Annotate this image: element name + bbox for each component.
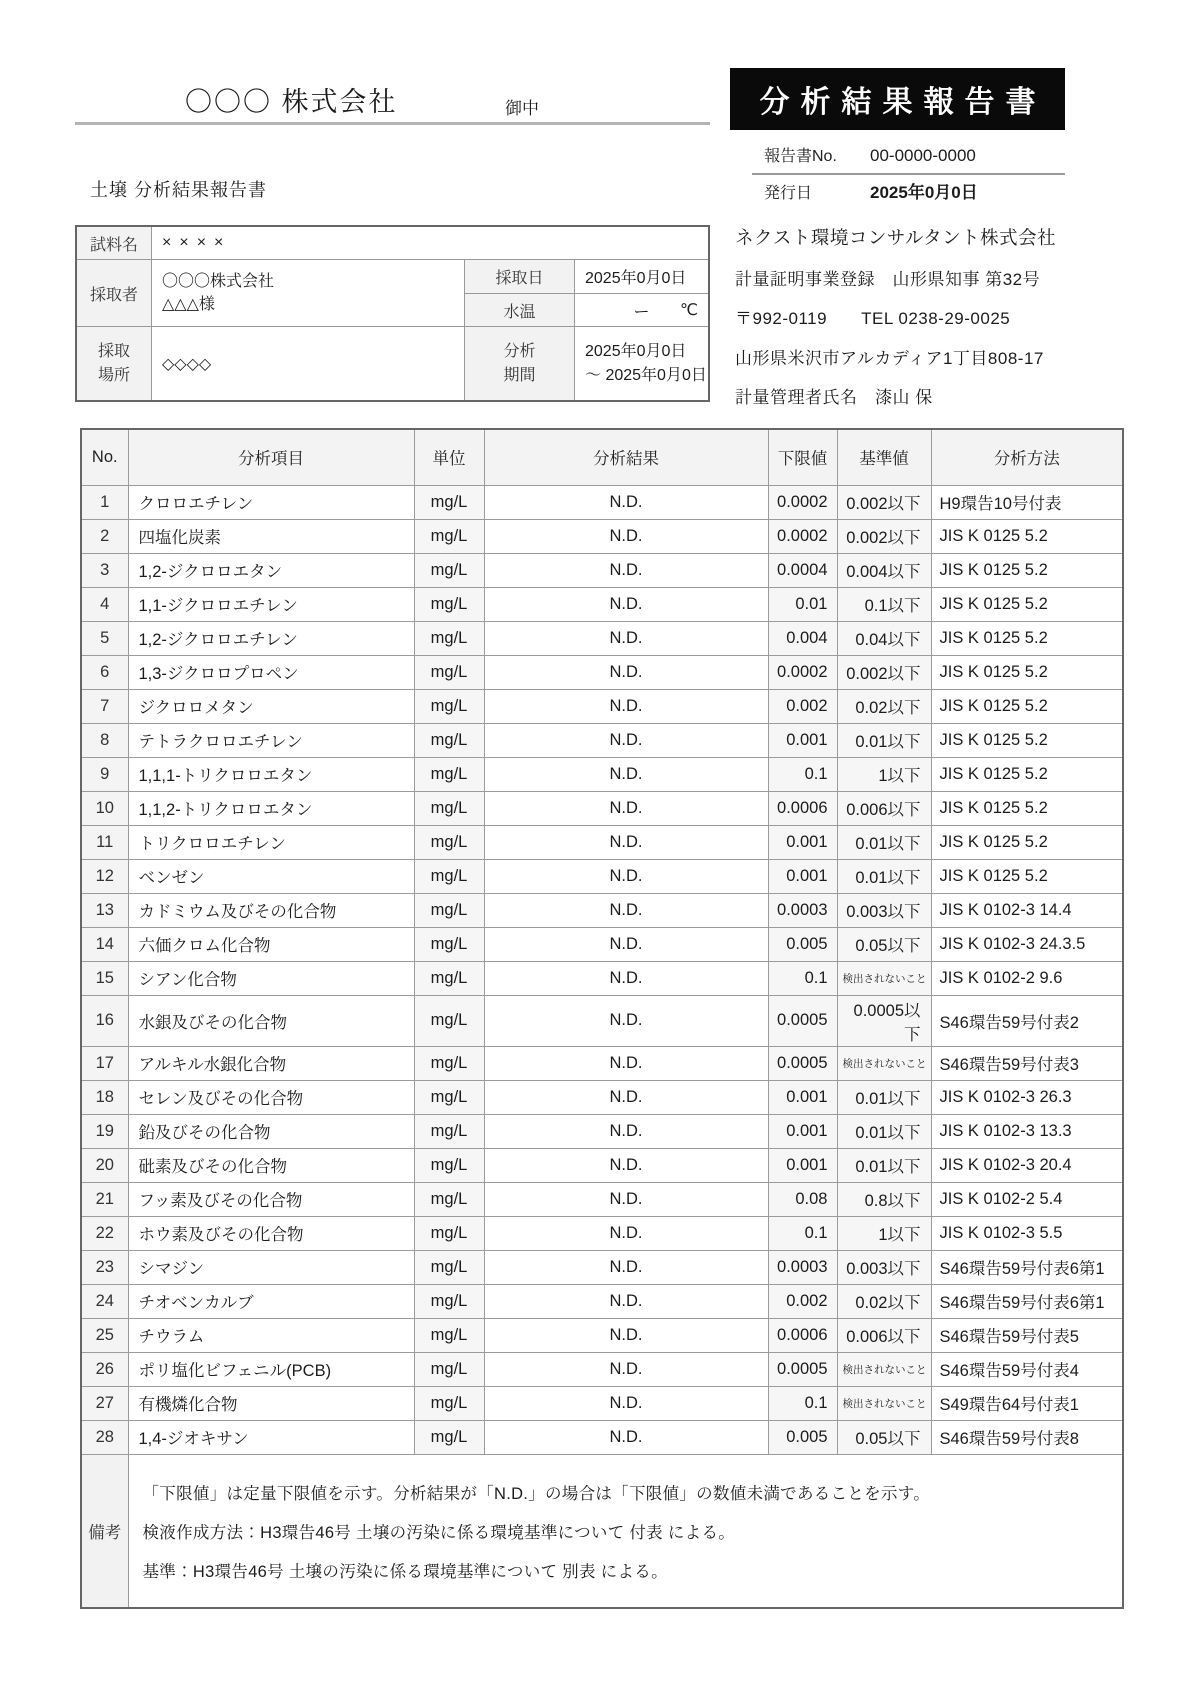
- cell-method: JIS K 0102-3 20.4: [931, 1148, 1123, 1182]
- analysis-row: 8テトラクロロエチレンmg/LN.D.0.0010.01以下JIS K 0125…: [81, 723, 1123, 757]
- cell-unit: mg/L: [414, 1318, 484, 1352]
- recipient-honorific: 御中: [505, 94, 539, 119]
- cell-result: N.D.: [484, 1114, 768, 1148]
- cell-method: S46環告59号付表8: [931, 1420, 1123, 1454]
- cell-result: N.D.: [484, 1148, 768, 1182]
- cell-lower-limit: 0.004: [768, 621, 837, 655]
- cell-standard: 1以下: [837, 757, 931, 791]
- cell-no: 4: [81, 587, 128, 621]
- document-title: 土壌 分析結果報告書: [90, 176, 267, 202]
- cell-standard: 0.05以下: [837, 927, 931, 961]
- lab-info-block: ネクスト環境コンサルタント株式会社 計量証明事業登録 山形県知事 第32号 〒9…: [735, 224, 1185, 423]
- cell-standard: 0.02以下: [837, 689, 931, 723]
- report-page: 〇〇〇 株式会社 御中 分析結果報告書 報告書No. 00-0000-0000 …: [0, 0, 1200, 1700]
- issue-date-label: 発行日: [752, 180, 870, 203]
- site-value: ◇◇◇◇: [152, 327, 465, 400]
- cell-unit: mg/L: [414, 825, 484, 859]
- cell-unit: mg/L: [414, 859, 484, 893]
- lab-name: ネクスト環境コンサルタント株式会社: [735, 224, 1185, 250]
- cell-item: 1,4-ジオキサン: [128, 1420, 414, 1454]
- remarks-body: 「下限値」は定量下限値を示す。分析結果が「N.D.」の場合は「下限値」の数値未満…: [128, 1454, 1123, 1608]
- cell-standard: 0.02以下: [837, 1284, 931, 1318]
- cell-standard: 検出されないこと: [837, 1046, 931, 1080]
- cell-standard: 検出されないこと: [837, 1386, 931, 1420]
- analysis-row: 1クロロエチレンmg/LN.D.0.00020.002以下H9環告10号付表: [81, 485, 1123, 519]
- analysis-header-row: No. 分析項目 単位 分析結果 下限値 基準値 分析方法: [81, 429, 1123, 485]
- report-no-row: 報告書No. 00-0000-0000: [752, 143, 1065, 175]
- collect-date-value: 2025年0月0日: [575, 260, 708, 294]
- water-temp-unit: ℃: [680, 300, 698, 320]
- cell-standard: 0.01以下: [837, 1114, 931, 1148]
- cell-method: JIS K 0102-3 26.3: [931, 1080, 1123, 1114]
- cell-method: H9環告10号付表: [931, 485, 1123, 519]
- cell-unit: mg/L: [414, 553, 484, 587]
- cell-standard: 0.01以下: [837, 723, 931, 757]
- analysis-row: 2四塩化炭素mg/LN.D.0.00020.002以下JIS K 0125 5.…: [81, 519, 1123, 553]
- cell-item: ポリ塩化ビフェニル(PCB): [128, 1352, 414, 1386]
- cell-standard: 0.002以下: [837, 485, 931, 519]
- issue-date-row: 発行日 2025年0月0日: [752, 178, 1065, 203]
- cell-no: 9: [81, 757, 128, 791]
- cell-unit: mg/L: [414, 519, 484, 553]
- cell-unit: mg/L: [414, 723, 484, 757]
- lab-manager: 計量管理者氏名 漆山 保: [735, 383, 1185, 408]
- cell-standard: 0.05以下: [837, 1420, 931, 1454]
- cell-no: 14: [81, 927, 128, 961]
- cell-no: 7: [81, 689, 128, 723]
- cell-lower-limit: 0.005: [768, 1420, 837, 1454]
- cell-standard: 0.0005以下: [837, 995, 931, 1046]
- analysis-row: 24チオベンカルブmg/LN.D.0.0020.02以下S46環告59号付表6第…: [81, 1284, 1123, 1318]
- cell-method: JIS K 0125 5.2: [931, 621, 1123, 655]
- cell-result: N.D.: [484, 1046, 768, 1080]
- analysis-row: 14六価クロム化合物mg/LN.D.0.0050.05以下JIS K 0102-…: [81, 927, 1123, 961]
- cell-no: 28: [81, 1420, 128, 1454]
- cell-standard: 0.002以下: [837, 519, 931, 553]
- analysis-row: 51,2-ジクロロエチレンmg/LN.D.0.0040.04以下JIS K 01…: [81, 621, 1123, 655]
- cell-standard: 0.003以下: [837, 893, 931, 927]
- cell-no: 21: [81, 1182, 128, 1216]
- cell-no: 22: [81, 1216, 128, 1250]
- analysis-row: 61,3-ジクロロプロペンmg/LN.D.0.00020.002以下JIS K …: [81, 655, 1123, 689]
- cell-no: 15: [81, 961, 128, 995]
- cell-no: 6: [81, 655, 128, 689]
- cell-unit: mg/L: [414, 1420, 484, 1454]
- cell-item: ジクロロメタン: [128, 689, 414, 723]
- cell-method: JIS K 0125 5.2: [931, 723, 1123, 757]
- lab-registration: 計量証明事業登録 山形県知事 第32号: [735, 265, 1185, 290]
- cell-method: JIS K 0125 5.2: [931, 859, 1123, 893]
- cell-standard: 0.006以下: [837, 1318, 931, 1352]
- cell-result: N.D.: [484, 1420, 768, 1454]
- analysis-row: 41,1-ジクロロエチレンmg/LN.D.0.010.1以下JIS K 0125…: [81, 587, 1123, 621]
- water-temp-label: 水温: [465, 294, 575, 327]
- cell-unit: mg/L: [414, 1148, 484, 1182]
- cell-item: 四塩化炭素: [128, 519, 414, 553]
- cell-item: シマジン: [128, 1250, 414, 1284]
- cell-method: JIS K 0102-3 24.3.5: [931, 927, 1123, 961]
- cell-unit: mg/L: [414, 621, 484, 655]
- cell-lower-limit: 0.0006: [768, 1318, 837, 1352]
- cell-lower-limit: 0.1: [768, 1216, 837, 1250]
- cell-method: S46環告59号付表6第1: [931, 1284, 1123, 1318]
- cell-no: 3: [81, 553, 128, 587]
- cell-result: N.D.: [484, 519, 768, 553]
- cell-item: 1,1,2-トリクロロエタン: [128, 791, 414, 825]
- analysis-table-body: 1クロロエチレンmg/LN.D.0.00020.002以下H9環告10号付表2四…: [81, 485, 1123, 1454]
- cell-lower-limit: 0.0002: [768, 519, 837, 553]
- cell-lower-limit: 0.002: [768, 689, 837, 723]
- cell-unit: mg/L: [414, 1216, 484, 1250]
- analysis-row: 16水銀及びその化合物mg/LN.D.0.00050.0005以下S46環告59…: [81, 995, 1123, 1046]
- cell-result: N.D.: [484, 655, 768, 689]
- cell-standard: 0.01以下: [837, 1080, 931, 1114]
- remarks-label: 備考: [81, 1454, 128, 1608]
- cell-method: JIS K 0125 5.2: [931, 757, 1123, 791]
- cell-standard: 0.1以下: [837, 587, 931, 621]
- analysis-row: 11トリクロロエチレンmg/LN.D.0.0010.01以下JIS K 0125…: [81, 825, 1123, 859]
- analysis-row: 21フッ素及びその化合物mg/LN.D.0.080.8以下JIS K 0102-…: [81, 1182, 1123, 1216]
- cell-lower-limit: 0.1: [768, 961, 837, 995]
- cell-method: S49環告64号付表1: [931, 1386, 1123, 1420]
- water-temp-value-cell: ー ℃: [575, 294, 708, 327]
- cell-no: 10: [81, 791, 128, 825]
- cell-lower-limit: 0.1: [768, 757, 837, 791]
- cell-lower-limit: 0.0005: [768, 1352, 837, 1386]
- cell-unit: mg/L: [414, 485, 484, 519]
- analysis-row: 101,1,2-トリクロロエタンmg/LN.D.0.00060.006以下JIS…: [81, 791, 1123, 825]
- cell-result: N.D.: [484, 1216, 768, 1250]
- cell-result: N.D.: [484, 621, 768, 655]
- cell-unit: mg/L: [414, 689, 484, 723]
- cell-standard: 0.003以下: [837, 1250, 931, 1284]
- cell-item: テトラクロロエチレン: [128, 723, 414, 757]
- cell-result: N.D.: [484, 1182, 768, 1216]
- lab-postal-code: 〒992-0119: [735, 309, 827, 328]
- header-method: 分析方法: [931, 429, 1123, 485]
- cell-method: JIS K 0102-2 5.4: [931, 1182, 1123, 1216]
- cell-unit: mg/L: [414, 1284, 484, 1318]
- cell-unit: mg/L: [414, 927, 484, 961]
- sample-name-label: 試料名: [77, 227, 152, 260]
- cell-standard: 0.04以下: [837, 621, 931, 655]
- remark-line: 基準：H3環告46号 土壌の汚染に係る環境基準について 別表 による。: [143, 1558, 1113, 1582]
- cell-standard: 0.8以下: [837, 1182, 931, 1216]
- header-standard: 基準値: [837, 429, 931, 485]
- cell-standard: 0.01以下: [837, 1148, 931, 1182]
- cell-result: N.D.: [484, 723, 768, 757]
- cell-item: 鉛及びその化合物: [128, 1114, 414, 1148]
- cell-item: ホウ素及びその化合物: [128, 1216, 414, 1250]
- cell-method: JIS K 0125 5.2: [931, 519, 1123, 553]
- cell-result: N.D.: [484, 1284, 768, 1318]
- analysis-period-value: 2025年0月0日 ～ 2025年0月0日: [575, 327, 708, 400]
- cell-no: 8: [81, 723, 128, 757]
- cell-lower-limit: 0.0004: [768, 553, 837, 587]
- cell-item: 1,3-ジクロロプロペン: [128, 655, 414, 689]
- cell-result: N.D.: [484, 1250, 768, 1284]
- cell-item: チウラム: [128, 1318, 414, 1352]
- recipient-underline: [75, 122, 710, 125]
- cell-lower-limit: 0.0002: [768, 655, 837, 689]
- analysis-row: 13カドミウム及びその化合物mg/LN.D.0.00030.003以下JIS K…: [81, 893, 1123, 927]
- analysis-row: 18セレン及びその化合物mg/LN.D.0.0010.01以下JIS K 010…: [81, 1080, 1123, 1114]
- header-lower-limit: 下限値: [768, 429, 837, 485]
- recipient-company: 〇〇〇 株式会社: [185, 80, 398, 119]
- cell-no: 20: [81, 1148, 128, 1182]
- cell-no: 1: [81, 485, 128, 519]
- cell-method: JIS K 0102-3 14.4: [931, 893, 1123, 927]
- cell-unit: mg/L: [414, 1352, 484, 1386]
- remark-line: 検液作成方法：H3環告46号 土壌の汚染に係る環境基準について 付表 による。: [143, 1519, 1113, 1543]
- cell-item: チオベンカルブ: [128, 1284, 414, 1318]
- cell-result: N.D.: [484, 1080, 768, 1114]
- cell-unit: mg/L: [414, 1182, 484, 1216]
- cell-item: フッ素及びその化合物: [128, 1182, 414, 1216]
- cell-item: 1,1,1-トリクロロエタン: [128, 757, 414, 791]
- cell-item: クロロエチレン: [128, 485, 414, 519]
- cell-unit: mg/L: [414, 757, 484, 791]
- collect-date-label: 採取日: [465, 260, 575, 294]
- cell-item: 水銀及びその化合物: [128, 995, 414, 1046]
- cell-result: N.D.: [484, 961, 768, 995]
- cell-result: N.D.: [484, 825, 768, 859]
- cell-lower-limit: 0.001: [768, 825, 837, 859]
- cell-lower-limit: 0.01: [768, 587, 837, 621]
- cell-unit: mg/L: [414, 1114, 484, 1148]
- cell-method: S46環告59号付表2: [931, 995, 1123, 1046]
- cell-lower-limit: 0.1: [768, 1386, 837, 1420]
- cell-lower-limit: 0.0006: [768, 791, 837, 825]
- cell-lower-limit: 0.0005: [768, 1046, 837, 1080]
- cell-lower-limit: 0.001: [768, 723, 837, 757]
- cell-lower-limit: 0.002: [768, 1284, 837, 1318]
- cell-standard: 0.006以下: [837, 791, 931, 825]
- cell-unit: mg/L: [414, 961, 484, 995]
- cell-lower-limit: 0.005: [768, 927, 837, 961]
- cell-method: JIS K 0125 5.2: [931, 587, 1123, 621]
- cell-method: JIS K 0125 5.2: [931, 553, 1123, 587]
- cell-result: N.D.: [484, 995, 768, 1046]
- analysis-row: 31,2-ジクロロエタンmg/LN.D.0.00040.004以下JIS K 0…: [81, 553, 1123, 587]
- cell-lower-limit: 0.0002: [768, 485, 837, 519]
- analysis-row: 27有機燐化合物mg/LN.D.0.1検出されないことS49環告64号付表1: [81, 1386, 1123, 1420]
- cell-method: JIS K 0125 5.2: [931, 689, 1123, 723]
- cell-method: S46環告59号付表6第1: [931, 1250, 1123, 1284]
- cell-no: 19: [81, 1114, 128, 1148]
- cell-lower-limit: 0.08: [768, 1182, 837, 1216]
- cell-result: N.D.: [484, 1352, 768, 1386]
- collector-company: 〇〇〇株式会社: [162, 270, 274, 293]
- cell-unit: mg/L: [414, 655, 484, 689]
- cell-item: セレン及びその化合物: [128, 1080, 414, 1114]
- analysis-row: 15シアン化合物mg/LN.D.0.1検出されないことJIS K 0102-2 …: [81, 961, 1123, 995]
- header-unit: 単位: [414, 429, 484, 485]
- cell-item: カドミウム及びその化合物: [128, 893, 414, 927]
- water-temp-value: ー: [633, 299, 649, 322]
- cell-method: S46環告59号付表3: [931, 1046, 1123, 1080]
- cell-lower-limit: 0.001: [768, 859, 837, 893]
- lab-address: 山形県米沢市アルカディア1丁目808-17: [735, 344, 1185, 369]
- analysis-row: 20砒素及びその化合物mg/LN.D.0.0010.01以下JIS K 0102…: [81, 1148, 1123, 1182]
- analysis-row: 26ポリ塩化ビフェニル(PCB)mg/LN.D.0.0005検出されないことS4…: [81, 1352, 1123, 1386]
- cell-method: JIS K 0125 5.2: [931, 655, 1123, 689]
- analysis-period-label: 分析 期間: [465, 327, 575, 400]
- remark-line: 「下限値」は定量下限値を示す。分析結果が「N.D.」の場合は「下限値」の数値未満…: [143, 1480, 1113, 1504]
- cell-standard: 0.002以下: [837, 655, 931, 689]
- cell-method: JIS K 0102-2 9.6: [931, 961, 1123, 995]
- analysis-row: 91,1,1-トリクロロエタンmg/LN.D.0.11以下JIS K 0125 …: [81, 757, 1123, 791]
- cell-no: 5: [81, 621, 128, 655]
- sample-name-value: ××××: [152, 227, 708, 260]
- cell-method: JIS K 0125 5.2: [931, 791, 1123, 825]
- cell-no: 27: [81, 1386, 128, 1420]
- cell-unit: mg/L: [414, 995, 484, 1046]
- cell-no: 26: [81, 1352, 128, 1386]
- issue-date-value: 2025年0月0日: [870, 178, 978, 203]
- cell-item: アルキル水銀化合物: [128, 1046, 414, 1080]
- cell-result: N.D.: [484, 553, 768, 587]
- cell-item: シアン化合物: [128, 961, 414, 995]
- cell-no: 13: [81, 893, 128, 927]
- sample-info-table: 試料名 ×××× 採取者 〇〇〇株式会社 △△△様 採取日 2025年0月0日 …: [75, 225, 710, 402]
- cell-standard: 検出されないこと: [837, 961, 931, 995]
- cell-no: 11: [81, 825, 128, 859]
- cell-method: S46環告59号付表4: [931, 1352, 1123, 1386]
- cell-no: 12: [81, 859, 128, 893]
- remarks-row: 備考 「下限値」は定量下限値を示す。分析結果が「N.D.」の場合は「下限値」の数…: [81, 1454, 1123, 1608]
- collector-label: 採取者: [77, 260, 152, 327]
- cell-item: 六価クロム化合物: [128, 927, 414, 961]
- cell-no: 2: [81, 519, 128, 553]
- cell-unit: mg/L: [414, 1250, 484, 1284]
- cell-result: N.D.: [484, 689, 768, 723]
- header-result: 分析結果: [484, 429, 768, 485]
- cell-method: JIS K 0102-3 13.3: [931, 1114, 1123, 1148]
- analysis-row: 17アルキル水銀化合物mg/LN.D.0.0005検出されないことS46環告59…: [81, 1046, 1123, 1080]
- cell-result: N.D.: [484, 791, 768, 825]
- cell-lower-limit: 0.0005: [768, 995, 837, 1046]
- cell-standard: 0.004以下: [837, 553, 931, 587]
- analysis-row: 23シマジンmg/LN.D.0.00030.003以下S46環告59号付表6第1: [81, 1250, 1123, 1284]
- analysis-row: 22ホウ素及びその化合物mg/LN.D.0.11以下JIS K 0102-3 5…: [81, 1216, 1123, 1250]
- analysis-row: 281,4-ジオキサンmg/LN.D.0.0050.05以下S46環告59号付表…: [81, 1420, 1123, 1454]
- cell-result: N.D.: [484, 757, 768, 791]
- lab-contact: 〒992-0119TEL 0238-29-0025: [735, 304, 1185, 329]
- cell-standard: 検出されないこと: [837, 1352, 931, 1386]
- cell-item: ベンゼン: [128, 859, 414, 893]
- cell-item: 砒素及びその化合物: [128, 1148, 414, 1182]
- cell-unit: mg/L: [414, 1386, 484, 1420]
- site-label: 採取 場所: [77, 327, 152, 400]
- cell-lower-limit: 0.001: [768, 1114, 837, 1148]
- collector-value: 〇〇〇株式会社 △△△様: [152, 260, 465, 327]
- cell-lower-limit: 0.0003: [768, 893, 837, 927]
- cell-method: JIS K 0102-3 5.5: [931, 1216, 1123, 1250]
- cell-item: トリクロロエチレン: [128, 825, 414, 859]
- analysis-row: 19鉛及びその化合物mg/LN.D.0.0010.01以下JIS K 0102-…: [81, 1114, 1123, 1148]
- cell-no: 18: [81, 1080, 128, 1114]
- header-no: No.: [81, 429, 128, 485]
- cell-method: JIS K 0125 5.2: [931, 825, 1123, 859]
- report-banner-title: 分析結果報告書: [730, 68, 1065, 130]
- cell-unit: mg/L: [414, 893, 484, 927]
- analysis-row: 12ベンゼンmg/LN.D.0.0010.01以下JIS K 0125 5.2: [81, 859, 1123, 893]
- cell-item: 1,2-ジクロロエチレン: [128, 621, 414, 655]
- analysis-row: 7ジクロロメタンmg/LN.D.0.0020.02以下JIS K 0125 5.…: [81, 689, 1123, 723]
- cell-lower-limit: 0.001: [768, 1148, 837, 1182]
- cell-result: N.D.: [484, 859, 768, 893]
- header-item: 分析項目: [128, 429, 414, 485]
- cell-item: 有機燐化合物: [128, 1386, 414, 1420]
- cell-unit: mg/L: [414, 587, 484, 621]
- cell-item: 1,1-ジクロロエチレン: [128, 587, 414, 621]
- cell-result: N.D.: [484, 1386, 768, 1420]
- cell-no: 23: [81, 1250, 128, 1284]
- cell-no: 24: [81, 1284, 128, 1318]
- cell-lower-limit: 0.001: [768, 1080, 837, 1114]
- cell-standard: 0.01以下: [837, 825, 931, 859]
- cell-result: N.D.: [484, 927, 768, 961]
- cell-standard: 0.01以下: [837, 859, 931, 893]
- cell-no: 25: [81, 1318, 128, 1352]
- report-no-value: 00-0000-0000: [870, 146, 976, 166]
- cell-result: N.D.: [484, 485, 768, 519]
- cell-standard: 1以下: [837, 1216, 931, 1250]
- analysis-row: 25チウラムmg/LN.D.0.00060.006以下S46環告59号付表5: [81, 1318, 1123, 1352]
- cell-result: N.D.: [484, 893, 768, 927]
- cell-method: S46環告59号付表5: [931, 1318, 1123, 1352]
- analysis-table: No. 分析項目 単位 分析結果 下限値 基準値 分析方法 1クロロエチレンmg…: [80, 428, 1124, 1609]
- cell-result: N.D.: [484, 1318, 768, 1352]
- collector-person: △△△様: [162, 293, 215, 316]
- cell-unit: mg/L: [414, 1080, 484, 1114]
- report-no-label: 報告書No.: [752, 143, 870, 166]
- cell-no: 17: [81, 1046, 128, 1080]
- cell-unit: mg/L: [414, 791, 484, 825]
- cell-result: N.D.: [484, 587, 768, 621]
- cell-lower-limit: 0.0003: [768, 1250, 837, 1284]
- cell-unit: mg/L: [414, 1046, 484, 1080]
- cell-no: 16: [81, 995, 128, 1046]
- cell-item: 1,2-ジクロロエタン: [128, 553, 414, 587]
- lab-phone: TEL 0238-29-0025: [861, 309, 1010, 328]
